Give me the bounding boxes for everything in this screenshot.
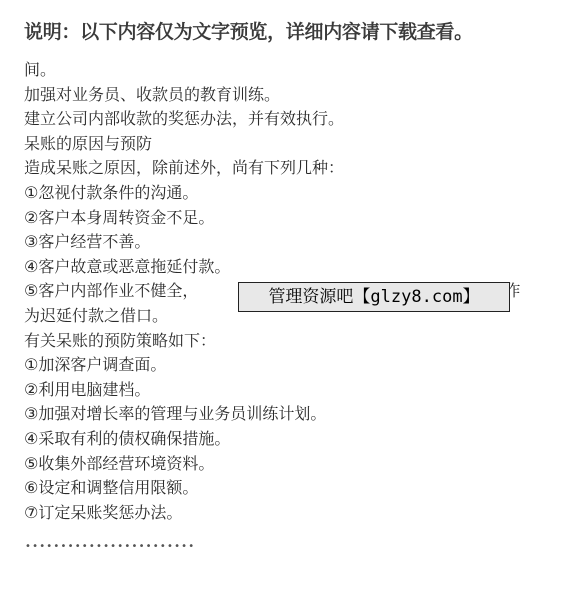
list-item: ⑤收集外部经营环境资料。 xyxy=(24,452,520,477)
list-item: ②客户本身周转资金不足。 xyxy=(24,206,520,231)
watermark-banner: 管理资源吧【glzy8.com】 xyxy=(238,282,510,312)
list-item: ④采取有利的债权确保措施。 xyxy=(24,427,520,452)
list-item: ②利用电脑建档。 xyxy=(24,378,520,403)
text-line: 有关呆账的预防策略如下： xyxy=(24,329,520,354)
list-item: ⑦订定呆账奖惩办法。 xyxy=(24,501,520,526)
list-item: ①加深客户调查面。 xyxy=(24,353,520,378)
text-line: 建立公司内部收款的奖惩办法，并有效执行。 xyxy=(24,107,520,132)
text-line: 造成呆账之原因，除前述外，尚有下列几种： xyxy=(24,156,520,181)
list-item: ①忽视付款条件的沟通。 xyxy=(24,181,520,206)
text-line: 加强对业务员、收款员的教育训练。 xyxy=(24,83,520,108)
list-item: ⑥设定和调整信用限额。 xyxy=(24,476,520,501)
continuation-ellipsis: •••••••••••••••••••••••• xyxy=(25,541,195,552)
list-item: ④客户故意或恶意拖延付款。 xyxy=(24,255,520,280)
preview-notice-title: 说明：以下内容仅为文字预览，详细内容请下载查看。 xyxy=(24,17,473,44)
text-line: 间。 xyxy=(24,58,520,83)
list-item-head: ⑤客户内部作业不健全， xyxy=(24,281,198,300)
list-item: ③客户经营不善。 xyxy=(24,230,520,255)
section-heading: 呆账的原因与预防 xyxy=(24,132,520,157)
list-item: ③加强对增长率的管理与业务员训练计划。 xyxy=(24,402,520,427)
